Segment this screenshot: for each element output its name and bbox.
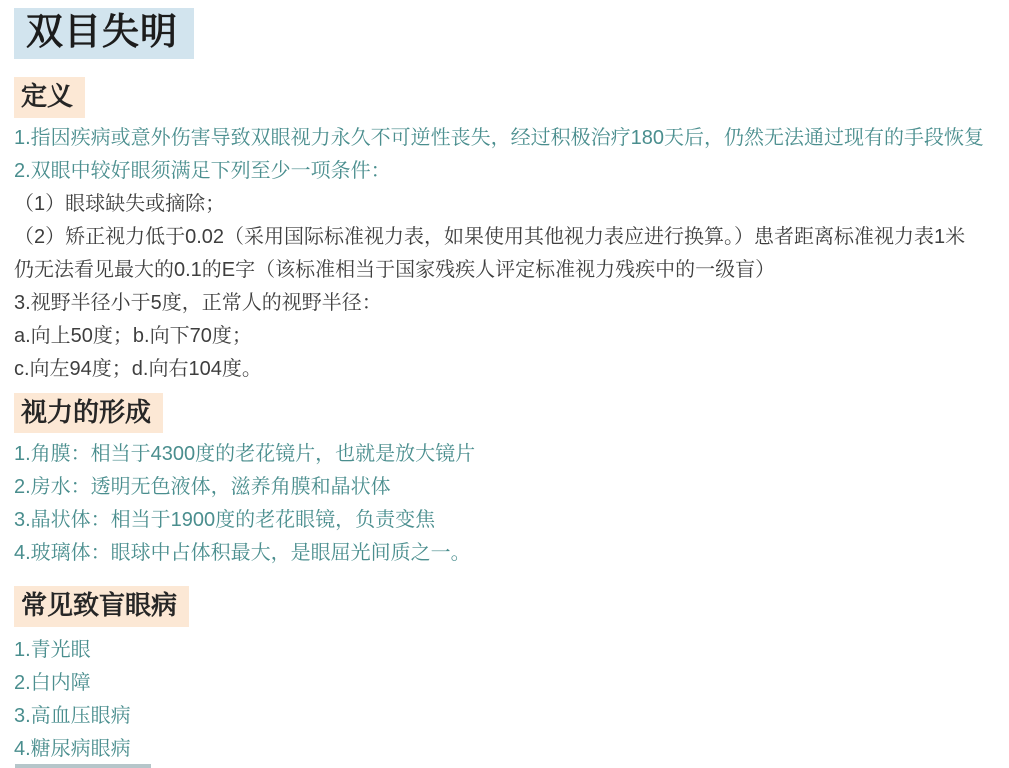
section-definition-header: 定义 (14, 77, 85, 118)
page-title: 双目失明 (14, 8, 194, 59)
section-vision-formation-body: 1.角膜：相当于4300度的老花镜片，也就是放大镜片 2.房水：透明无色液体，滋… (14, 438, 1009, 570)
text-line: 1.角膜：相当于4300度的老花镜片，也就是放大镜片 (14, 438, 1009, 471)
section-blinding-diseases: 常见致盲眼病 1.青光眼 2.白内障 3.高血压眼病 4.糖尿病眼病 (14, 586, 1009, 766)
section-blinding-diseases-header: 常见致盲眼病 (14, 586, 189, 627)
text-line: c.向左94度；d.向右104度。 (14, 353, 1009, 386)
text-line: 4.玻璃体：眼球中占体积最大，是眼屈光间质之一。 (14, 537, 1009, 570)
section-blinding-diseases-body: 1.青光眼 2.白内障 3.高血压眼病 4.糖尿病眼病 (14, 634, 1009, 766)
section-definition: 定义 1.指因疾病或意外伤害导致双眼视力永久不可逆性丧失，经过积极治疗180天后… (14, 77, 1009, 386)
text-line: 1.指因疾病或意外伤害导致双眼视力永久不可逆性丧失，经过积极治疗180天后，仍然… (14, 122, 1009, 155)
section-vision-formation: 视力的形成 1.角膜：相当于4300度的老花镜片，也就是放大镜片 2.房水：透明… (14, 393, 1009, 571)
cutoff-text-line (15, 764, 151, 768)
text-line: 3.视野半径小于5度，正常人的视野半径： (14, 287, 1009, 320)
text-line: 仍无法看见最大的0.1的E字（该标准相当于国家残疾人评定标准视力残疾中的一级盲） (14, 254, 1009, 287)
document: 双目失明 定义 1.指因疾病或意外伤害导致双眼视力永久不可逆性丧失，经过积极治疗… (0, 0, 1009, 766)
section-vision-formation-header: 视力的形成 (14, 393, 163, 434)
text-line: （1）眼球缺失或摘除； (14, 188, 1009, 221)
text-line: 1.青光眼 (14, 634, 1009, 667)
text-line: a.向上50度；b.向下70度； (14, 320, 1009, 353)
text-line: 3.晶状体：相当于1900度的老花眼镜，负责变焦 (14, 504, 1009, 537)
text-line: 2.房水：透明无色液体，滋养角膜和晶状体 (14, 471, 1009, 504)
text-line: （2）矫正视力低于0.02（采用国际标准视力表，如果使用其他视力表应进行换算。）… (14, 221, 1009, 254)
text-line: 2.双眼中较好眼须满足下列至少一项条件： (14, 155, 1009, 188)
text-line: 4.糖尿病眼病 (14, 733, 1009, 766)
section-definition-body: 1.指因疾病或意外伤害导致双眼视力永久不可逆性丧失，经过积极治疗180天后，仍然… (14, 122, 1009, 386)
text-line: 3.高血压眼病 (14, 700, 1009, 733)
text-line: 2.白内障 (14, 667, 1009, 700)
